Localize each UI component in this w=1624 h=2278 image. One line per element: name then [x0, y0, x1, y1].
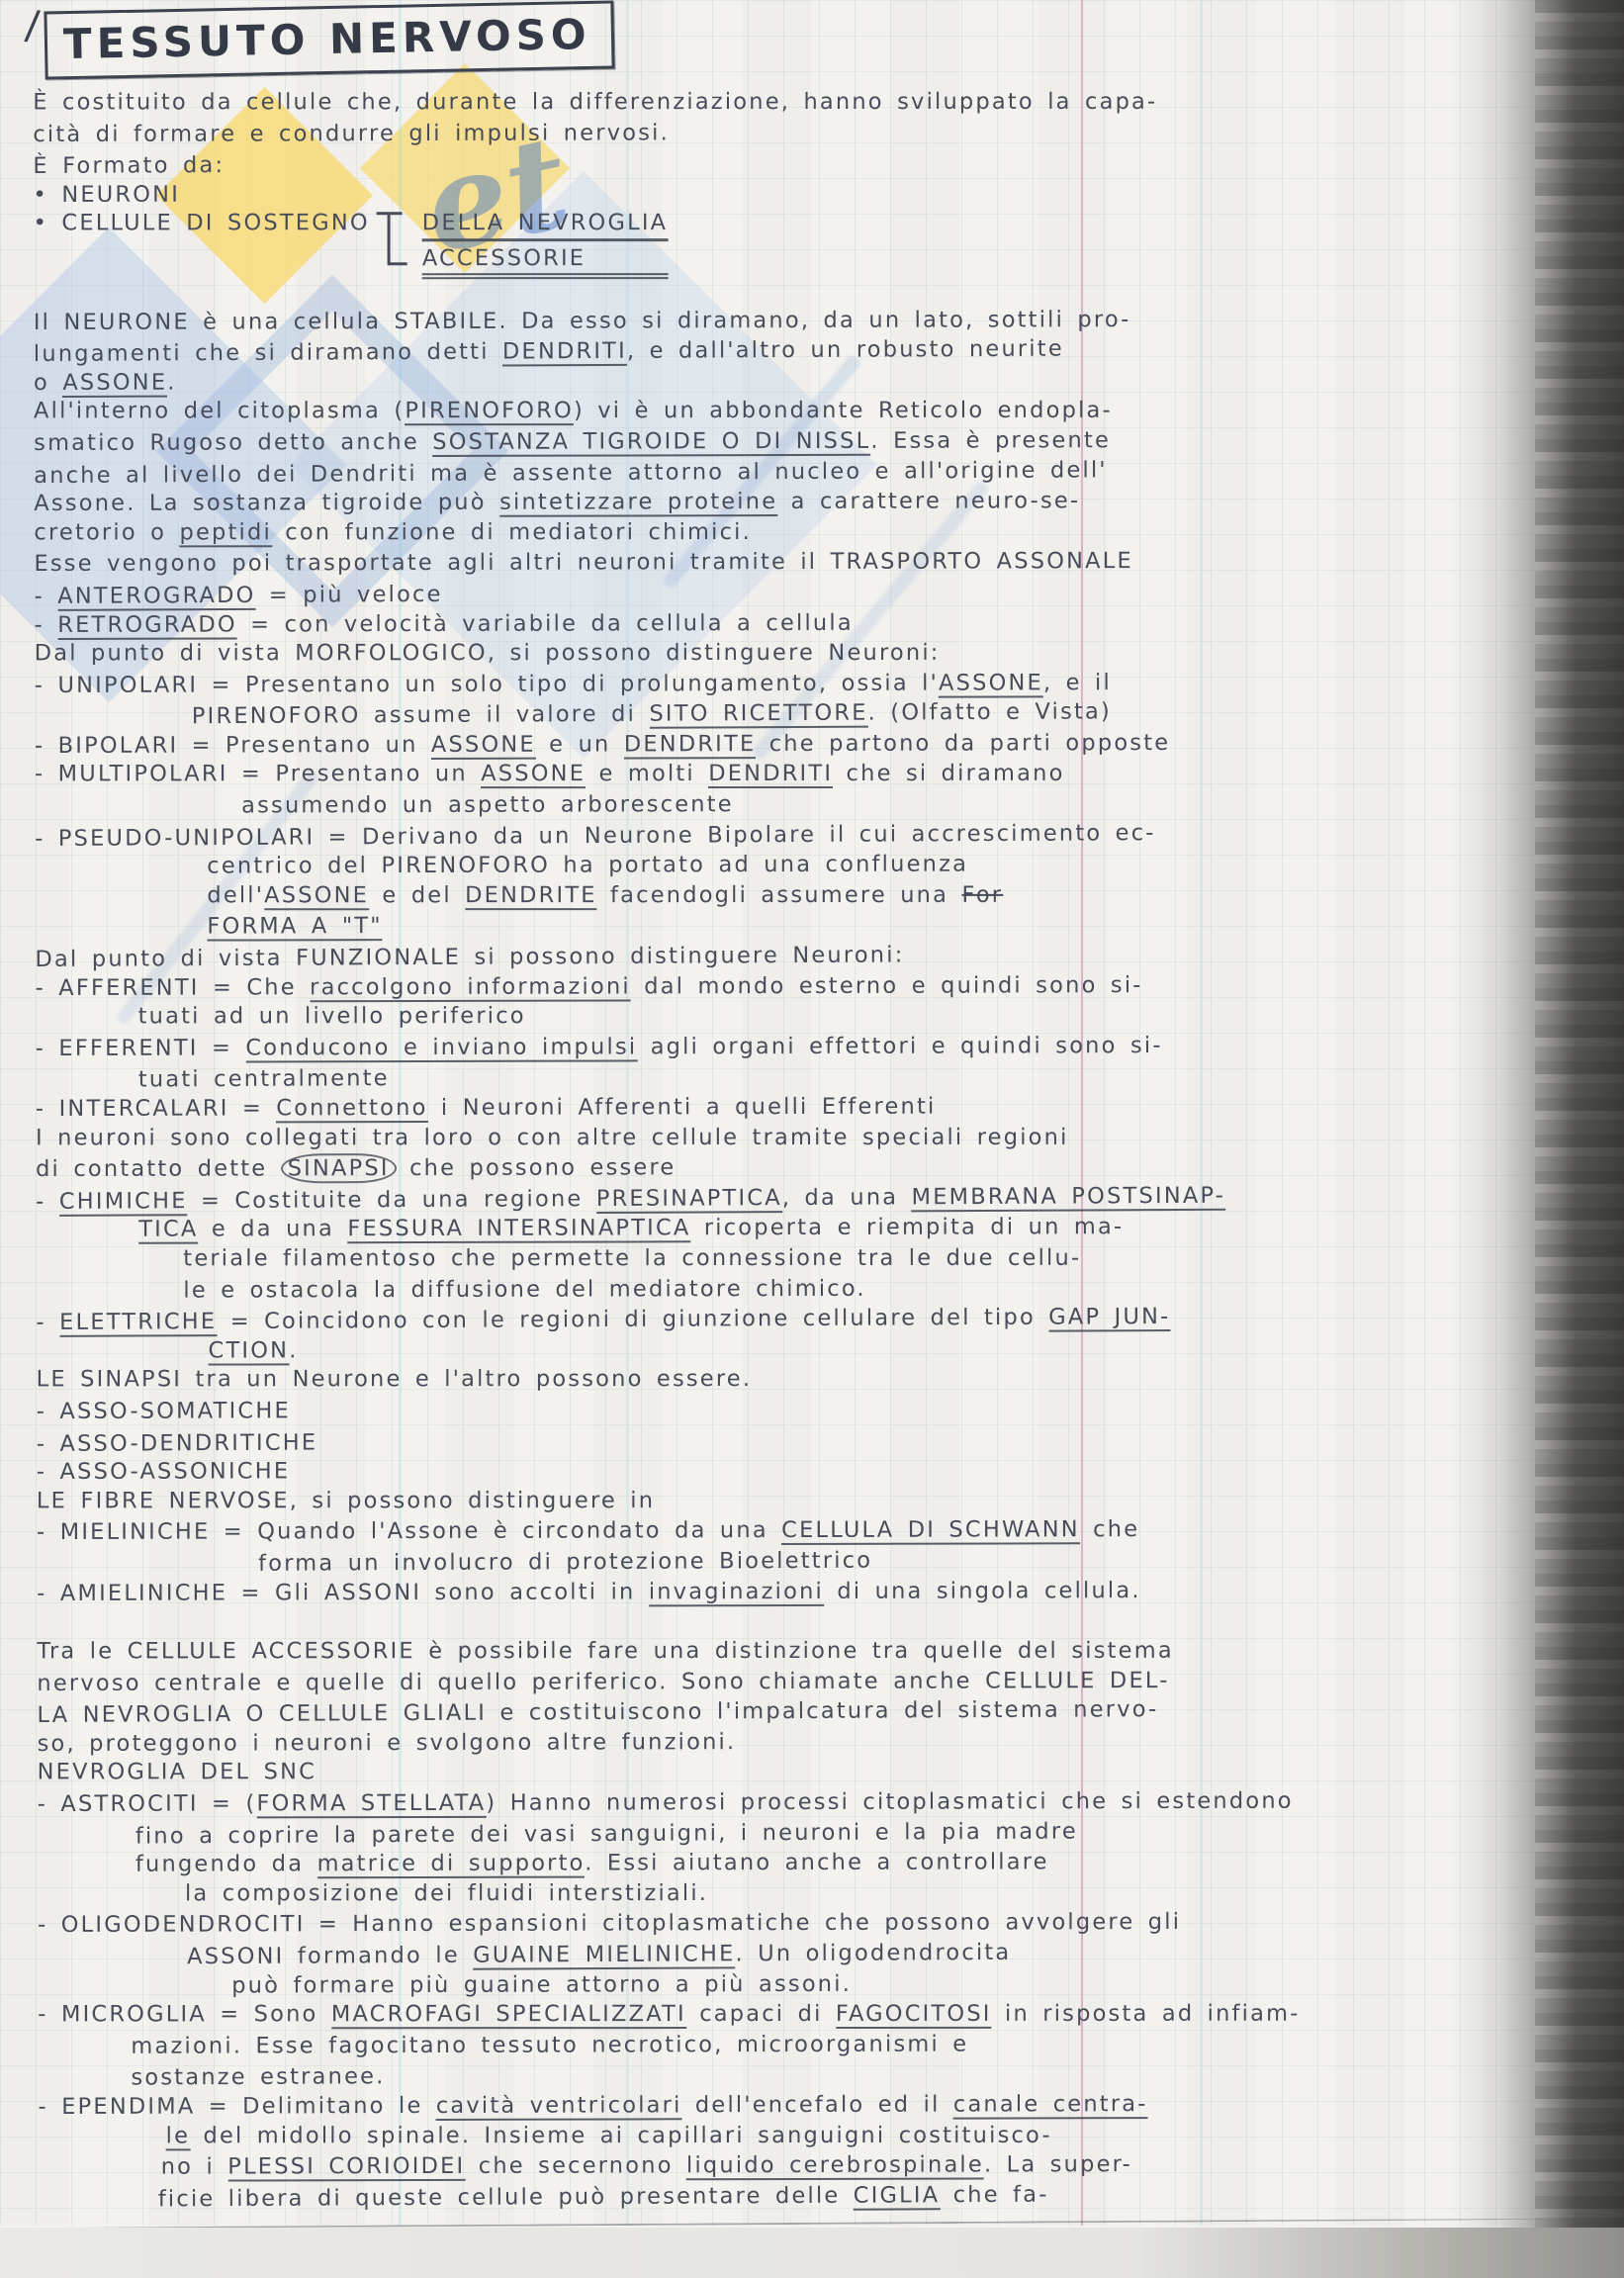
- text-line: cretorio o peptidi con funzione di media…: [0, 516, 1590, 547]
- text-segment: di una singola cellula.: [824, 1578, 1141, 1604]
- text-segment: DENDRITE: [624, 731, 757, 759]
- text-segment: SITO RICETTORE: [649, 700, 867, 729]
- text-segment: so, proteggono i neuroni e svolgono altr…: [38, 1729, 737, 1757]
- text-segment: fino a coprire la parete dei vasi sangui…: [135, 1818, 1078, 1849]
- text-segment: ) vi è un abbondante Reticolo endopla-: [574, 398, 1113, 423]
- text-line: LE SINAPSI tra un Neurone e l'altro poss…: [1, 1364, 1593, 1395]
- text-line: All'interno del citoplasma (PIRENOFORO) …: [0, 396, 1590, 426]
- text-line: - INTERCALARI = Connettono i Neuroni Aff…: [0, 1090, 1592, 1125]
- text-line: LE FIBRE NERVOSE, si possono distinguere…: [1, 1485, 1593, 1515]
- text-segment: che: [1080, 1516, 1140, 1542]
- text-segment: ASSONE: [939, 670, 1043, 697]
- text-line: - EPENDIMA = Delimitano le cavità ventri…: [2, 2088, 1594, 2123]
- text-segment: ASSONI formando le: [187, 1943, 473, 1970]
- text-segment: che fa-: [940, 2181, 1048, 2208]
- notes-body: È costituito da cellule che, durante la …: [0, 85, 1595, 2214]
- text-segment: Dal punto di vista FUNZIONALE si possono…: [35, 942, 904, 972]
- text-segment: FAGOCITOSI: [836, 2001, 992, 2029]
- text-segment: • CELLULE DI SOSTEGNO: [34, 209, 370, 239]
- text-segment: la composizione dei fluidi interstiziali…: [185, 1880, 708, 1906]
- text-segment: facendogli assumere una: [597, 882, 962, 908]
- text-segment: anche al livello dei Dendriti ma è assen…: [34, 457, 1108, 489]
- text-segment: peptidi: [179, 519, 271, 547]
- text-segment: ficie libera di queste cellule può prese…: [158, 2182, 854, 2212]
- text-segment: Il NEURONE è una cellula STABILE. Da ess…: [34, 307, 1131, 335]
- text-segment: lungamenti che si diramano detti: [34, 339, 502, 367]
- text-line: so, proteggono i neuroni e svolgono altr…: [2, 1725, 1594, 1760]
- text-segment: = Coincidono con le regioni di giunzione…: [217, 1305, 1048, 1334]
- text-segment: ACCESSORIE: [422, 243, 668, 280]
- text-segment: di contatto dette: [36, 1156, 281, 1183]
- text-segment: del midollo spinale. Insieme ai capillar…: [190, 2122, 1052, 2147]
- text-segment: cavità ventricolari: [436, 2092, 682, 2121]
- text-segment: e del: [369, 882, 465, 908]
- text-segment: tuati centralmente: [138, 1066, 390, 1093]
- text-segment: - ASSO-DENDRITICHE: [37, 1429, 318, 1456]
- text-segment: - ASSO-SOMATICHE: [37, 1398, 291, 1424]
- text-segment: assumendo un aspetto arborescente: [241, 791, 734, 818]
- text-line: - BIPOLARI = Presentano un ASSONE e un D…: [0, 727, 1591, 762]
- text-segment: CIGLIA: [854, 2182, 941, 2210]
- page-title: TESSUTO NERVOSO: [45, 0, 615, 79]
- text-segment: o: [34, 370, 62, 396]
- text-segment: GAP JUN-: [1048, 1304, 1170, 1332]
- text-segment: -: [35, 611, 58, 637]
- text-segment: nervoso centrale e quelle di quello peri…: [37, 1668, 1169, 1696]
- text-line: - MICROGLIA = Sono MACROFAGI SPECIALIZZA…: [2, 1999, 1594, 2030]
- text-segment: sostanze estranee.: [131, 2064, 385, 2091]
- text-segment: a carattere neuro-se-: [777, 488, 1080, 514]
- text-line: tuati ad un livello periferico: [0, 1001, 1592, 1032]
- text-segment: ASSONE: [264, 882, 369, 910]
- text-segment: FORMA STELLATA: [256, 1790, 486, 1819]
- text-segment: ) Hanno numerosi processi citoplasmatici…: [486, 1788, 1293, 1816]
- text-line: - RETROGRADO = con velocità variabile da…: [0, 605, 1591, 640]
- bracket-connector: [388, 215, 406, 266]
- text-segment: e un: [536, 731, 624, 757]
- text-line: o ASSONE.: [0, 364, 1590, 399]
- text-segment: ricoperta e riempita di un ma-: [690, 1215, 1124, 1241]
- text-segment: SINAPSI: [281, 1153, 397, 1183]
- text-segment: può formare più guaine attorno a più ass…: [231, 1970, 852, 1998]
- text-segment: e da una: [198, 1217, 347, 1242]
- text-segment: È Formato da:: [33, 152, 225, 179]
- text-segment: I neuroni sono collegati tra loro o con …: [36, 1124, 1069, 1150]
- text-line: CTION.: [0, 1332, 1592, 1367]
- text-segment: agli organi effettori e quindi sono si-: [637, 1033, 1162, 1059]
- text-segment: . La super-: [984, 2151, 1132, 2177]
- text-segment: dell'encefalo ed il: [682, 2092, 953, 2119]
- text-segment: mazioni. Esse fagocitano tessuto necroti…: [131, 2031, 968, 2058]
- text-line: Tra le CELLULE ACCESSORIE è possibile fa…: [1, 1636, 1593, 1667]
- text-segment: Dal punto di vista MORFOLOGICO, si posso…: [35, 640, 941, 666]
- text-segment: dal mondo esterno e quindi sono si-: [631, 972, 1143, 999]
- text-segment: LE SINAPSI tra un Neurone e l'altro poss…: [37, 1366, 753, 1392]
- text-segment: teriale filamentoso che permette la conn…: [183, 1245, 1081, 1271]
- text-segment: che possono essere: [397, 1155, 677, 1182]
- text-segment: LA NEVROGLIA O CELLULE GLIALI e costitui…: [37, 1696, 1158, 1728]
- scanner-bed-bottom: [0, 2228, 1624, 2278]
- page-end-line: [34, 2218, 1545, 2229]
- text-line: I neuroni sono collegati tra loro o con …: [0, 1122, 1592, 1152]
- text-segment: Connettono: [276, 1095, 427, 1123]
- text-segment: All'interno del citoplasma (: [34, 399, 405, 424]
- text-segment: dell': [207, 882, 264, 908]
- text-segment: DELLA NEVROGLIA: [422, 208, 668, 241]
- text-segment: , e dall'altro un robusto neurite: [627, 336, 1064, 364]
- text-line: Dal punto di vista MORFOLOGICO, si posso…: [0, 638, 1591, 669]
- text-segment: RETROGRADO: [57, 611, 237, 639]
- text-segment: in risposta ad infiam-: [992, 2001, 1301, 2027]
- text-line: NEVROGLIA DEL SNC: [2, 1757, 1594, 1787]
- text-segment: .: [289, 1337, 298, 1363]
- text-segment: tuati ad un livello periferico: [138, 1003, 526, 1029]
- text-segment: For: [961, 882, 1003, 908]
- text-segment: raccolgono informazioni: [310, 973, 631, 1002]
- text-line: È costituito da cellule che, durante la …: [0, 87, 1589, 118]
- text-segment: CELLULA DI SCHWANN: [781, 1517, 1080, 1546]
- text-segment: - INTERCALARI =: [36, 1095, 276, 1122]
- text-segment: Assone. La sostanza tigroide può: [34, 490, 499, 516]
- text-segment: - BIPOLARI = Presentano un: [35, 732, 431, 759]
- text-segment: i Neuroni Afferenti a quelli Efferenti: [428, 1094, 937, 1121]
- text-segment: = più veloce: [255, 582, 442, 608]
- text-segment: cretorio o: [34, 519, 179, 545]
- text-segment: CTION: [208, 1337, 289, 1365]
- text-line: le del midollo spinale. Insieme ai capil…: [3, 2120, 1595, 2150]
- text-segment: - MULTIPOLARI = Presentano un: [35, 762, 481, 787]
- text-segment: . Essi aiutano anche a controllare: [585, 1850, 1049, 1876]
- text-segment: ASSONE: [481, 762, 586, 789]
- text-segment: SOSTANZA TIGROIDE O DI NISSL: [432, 428, 870, 457]
- bracket-items: DELLA NEVROGLIAACCESSORIE: [422, 208, 669, 279]
- text-segment: MACROFAGI SPECIALIZZATI: [331, 2001, 686, 2029]
- text-segment: -: [36, 1189, 59, 1215]
- text-segment: e molti: [586, 762, 708, 787]
- text-segment: , da una: [782, 1184, 912, 1211]
- text-segment: liquido cerebrospinale: [686, 2152, 984, 2181]
- text-line: - MULTIPOLARI = Presentano un ASSONE e m…: [0, 759, 1591, 789]
- text-segment: . (Olfatto e Vista): [868, 699, 1113, 726]
- text-line: dell'ASSONE e del DENDRITE facendogli as…: [0, 879, 1591, 910]
- text-segment: GUAINE MIELINICHE: [473, 1941, 735, 1969]
- text-segment: , e il: [1043, 670, 1112, 695]
- text-segment: - AMIELINICHE = Gli ASSONI sono accolti …: [37, 1579, 649, 1606]
- text-segment: - AFFERENTI = Che: [36, 974, 311, 1001]
- text-segment: PIRENOFORO assume il valore di: [192, 701, 650, 729]
- text-segment: - MIELINICHE = Quando l'Assone è circond…: [37, 1517, 781, 1545]
- text-segment: DENDRITI: [708, 761, 833, 788]
- text-segment: . Un oligodendrocita: [735, 1940, 1011, 1966]
- text-segment: Tra le CELLULE ACCESSORIE è possibile fa…: [37, 1638, 1173, 1665]
- text-segment: invaginazioni: [649, 1578, 824, 1605]
- text-segment: FESSURA INTERSINAPTICA: [347, 1216, 690, 1244]
- text-segment: sintetizzare proteine: [499, 489, 777, 517]
- text-segment: ANTEROGRADO: [57, 583, 255, 611]
- text-segment: È costituito da cellule che, durante la …: [33, 89, 1157, 116]
- text-segment: ASSONE: [62, 369, 167, 397]
- text-segment: forma un involucro di protezione Bioelet…: [258, 1548, 872, 1577]
- text-segment: centrico del PIRENOFORO ha portato ad un…: [207, 852, 968, 879]
- text-segment: . Essa è presente: [870, 427, 1111, 454]
- text-segment: - ASTROCITI = (: [38, 1790, 257, 1817]
- text-segment: NEVROGLIA DEL SNC: [38, 1760, 316, 1785]
- text-segment: matrice di supporto: [317, 1851, 586, 1879]
- text-segment: FORMA A "T": [207, 914, 383, 942]
- text-segment: capaci di: [686, 2001, 836, 2027]
- text-segment: ASSONE: [431, 732, 536, 760]
- text-segment: -: [36, 1310, 59, 1335]
- text-segment: che secernono: [465, 2152, 686, 2179]
- text-segment: DENDRITI: [502, 338, 627, 367]
- text-line: teriale filamentoso che permette la conn…: [0, 1243, 1592, 1274]
- text-segment: TICA: [138, 1217, 198, 1244]
- text-segment: fungendo da: [135, 1852, 317, 1877]
- text-segment: cità di formare e condurre gli impulsi n…: [33, 120, 670, 147]
- text-line: - AFFERENTI = Che raccolgono informazion…: [0, 969, 1592, 1004]
- page-end-line-2: [59, 2232, 1523, 2239]
- text-segment: - EFFERENTI =: [36, 1035, 246, 1061]
- pen-mark: /: [24, 5, 42, 46]
- text-line: la composizione dei fluidi interstiziali…: [2, 1877, 1594, 1908]
- text-segment: • NEURONI: [33, 181, 180, 207]
- text-segment: = Costituite da una regione: [188, 1186, 596, 1214]
- text-segment: - ASSO-ASSONICHE: [37, 1458, 290, 1485]
- text-segment: Esse vengono poi trasportate agli altri …: [34, 548, 1132, 577]
- text-segment: LE FIBRE NERVOSE, si possono distinguere…: [37, 1488, 655, 1513]
- text-segment: no i: [161, 2154, 228, 2180]
- text-segment: DENDRITE: [465, 882, 597, 910]
- text-segment: le e ostacola la diffusione del mediator…: [183, 1275, 865, 1303]
- text-segment: con funzione di mediatori chimici.: [272, 519, 752, 545]
- text-segment: CHIMICHE: [59, 1188, 188, 1217]
- text-segment: -: [34, 584, 57, 609]
- text-line: può formare più guaine attorno a più ass…: [2, 1967, 1594, 2002]
- text-segment: - PSEUDO-UNIPOLARI = Derivano da un Neur…: [35, 820, 1156, 852]
- text-segment: canale centra-: [953, 2091, 1148, 2120]
- text-segment: smatico Rugoso detto anche: [34, 429, 432, 456]
- text-segment: PIRENOFORO: [405, 398, 574, 425]
- text-segment: le: [166, 2123, 191, 2150]
- text-segment: Conducono e inviano impulsi: [245, 1034, 637, 1062]
- text-line: • NEURONI: [0, 176, 1590, 211]
- text-segment: che si diramano: [833, 761, 1064, 786]
- title-row: / TESSUTO NERVOSO: [26, 6, 614, 74]
- text-segment: ELETTRICHE: [59, 1309, 217, 1337]
- text-segment: - EPENDIMA = Delimitano le: [38, 2093, 435, 2120]
- text-segment: MEMBRANA POSTSINAP-: [912, 1183, 1226, 1213]
- text-line: - AMIELINICHE = Gli ASSONI sono accolti …: [1, 1574, 1593, 1608]
- text-segment: PLESSI CORIOIDEI: [227, 2153, 465, 2182]
- text-line: • CELLULE DI SOSTEGNODELLA NEVROGLIAACCE…: [0, 208, 1590, 280]
- text-line: ficie libera di queste cellule può prese…: [3, 2177, 1595, 2216]
- text-segment: .: [167, 369, 176, 395]
- text-segment: che partono da parti opposte: [756, 730, 1170, 757]
- text-segment: - OLIGODENDROCITI = Hanno espansioni cit…: [38, 1909, 1181, 1938]
- notebook-page: et / TESSUTO NERVOSO È costituito da cel…: [0, 0, 1624, 2278]
- text-segment: - UNIPOLARI = Presentano un solo tipo di…: [35, 670, 939, 697]
- text-segment: PRESINAPTICA: [596, 1185, 782, 1214]
- text-segment: - MICROGLIA = Sono: [38, 2001, 331, 2027]
- text-segment: = con velocità variabile da cellula a ce…: [237, 609, 854, 637]
